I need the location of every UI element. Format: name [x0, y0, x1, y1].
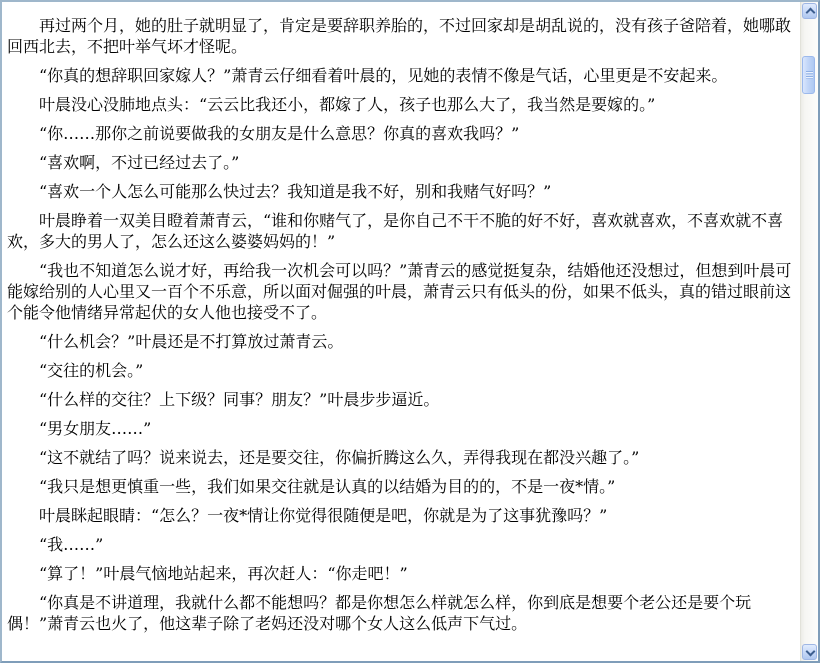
vertical-scrollbar[interactable] — [800, 2, 818, 661]
paragraph: “我……” — [7, 534, 795, 555]
paragraph: 叶晨眯起眼睛：“怎么？一夜*情让你觉得很随便是吧，你就是为了这事犹豫吗？” — [7, 505, 795, 526]
paragraph: “什么样的交往？上下级？同事？朋友？”叶晨步步逼近。 — [7, 389, 795, 410]
scrollbar-up-button[interactable] — [802, 3, 817, 19]
scrollbar-down-button[interactable] — [802, 644, 817, 660]
paragraph: “什么机会？”叶晨还是不打算放过萧青云。 — [7, 331, 795, 352]
paragraph: “你真的想辞职回家嫁人？”萧青云仔细看着叶晨的，见她的表情不像是气话，心里更是不… — [7, 65, 795, 86]
story-text-area: 再过两个月，她的肚子就明显了，肯定是要辞职养胎的，不过回家却是胡乱说的，没有孩子… — [2, 2, 799, 661]
paragraph: “交往的机会。” — [7, 360, 795, 381]
paragraph: “我只是想更慎重一些，我们如果交往就是认真的以结婚为目的的，不是一夜*情。” — [7, 476, 795, 497]
paragraph: “喜欢一个人怎么可能那么快过去？我知道是我不好，别和我赌气好吗？” — [7, 181, 795, 202]
paragraph: “男女朋友……” — [7, 418, 795, 439]
paragraph: 再过两个月，她的肚子就明显了，肯定是要辞职养胎的，不过回家却是胡乱说的，没有孩子… — [7, 15, 795, 57]
paragraph: “你……那你之前说要做我的女朋友是什么意思？你真的喜欢我吗？” — [7, 123, 795, 144]
paragraph: “这不就结了吗？说来说去，还是要交往，你偏折腾这么久，弄得我现在都没兴趣了。” — [7, 447, 795, 468]
paragraph: 叶晨没心没肺地点头：“云云比我还小，都嫁了人，孩子也那么大了，我当然是要嫁的。” — [7, 94, 795, 115]
paragraph: “你真是不讲道理，我就什么都不能想吗？都是你想怎么样就怎么样，你到底是想要个老公… — [7, 592, 795, 634]
page-root: 再过两个月，她的肚子就明显了，肯定是要辞职养胎的，不过回家却是胡乱说的，没有孩子… — [0, 0, 820, 663]
scrollbar-thumb[interactable] — [802, 56, 815, 94]
paragraph: “我也不知道怎么说才好，再给我一次机会可以吗？”萧青云的感觉挺复杂，结婚他还没想… — [7, 260, 795, 323]
scrollbar-track[interactable] — [801, 20, 818, 643]
scrollbar-thumb-grip-icon — [806, 71, 813, 79]
paragraph: “算了！”叶晨气恼地站起来，再次赶人：“你走吧！” — [7, 563, 795, 584]
chevron-up-icon — [806, 8, 816, 18]
paragraph: 叶晨睁着一双美目瞪着萧青云，“谁和你赌气了，是你自己不干不脆的好不好，喜欢就喜欢… — [7, 210, 795, 252]
paragraph: “喜欢啊，不过已经过去了。” — [7, 152, 795, 173]
chevron-down-icon — [806, 647, 816, 657]
